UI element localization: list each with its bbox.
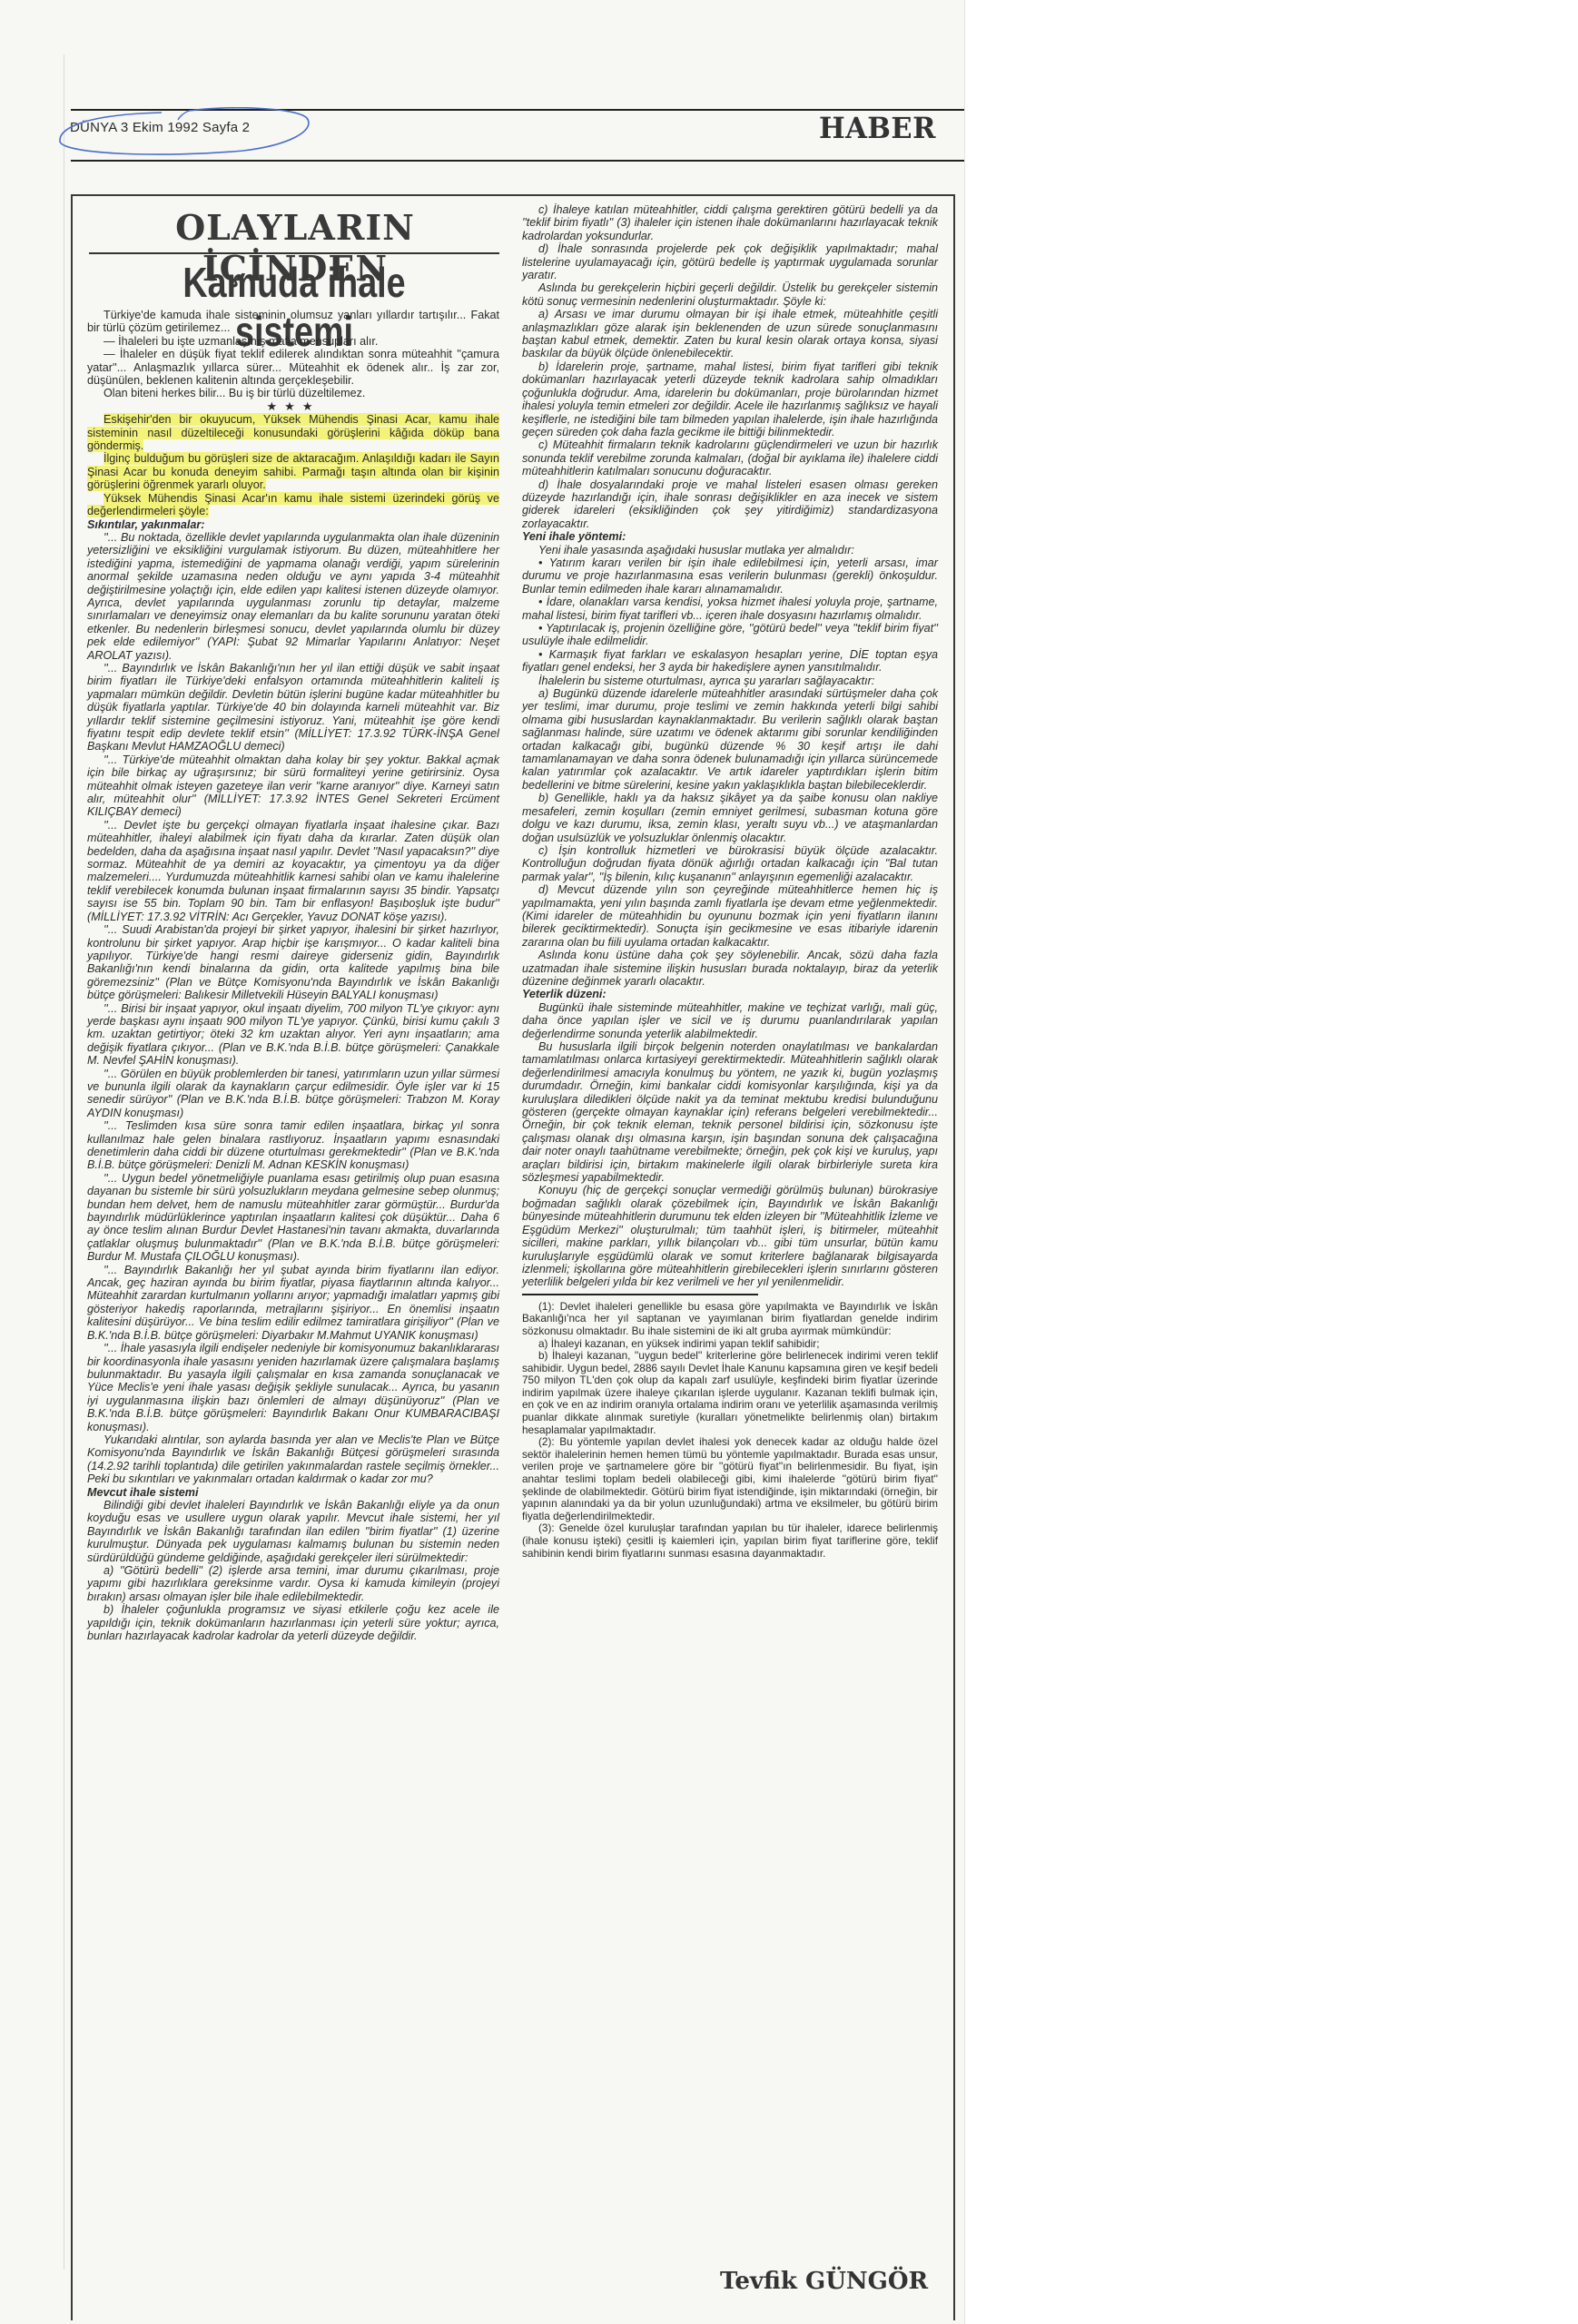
masthead-date: DÜNYA 3 Ekim 1992 Sayfa 2 xyxy=(70,120,250,135)
body-paragraph: c) İşin kontrolluk hizmetleri ve bürokra… xyxy=(522,844,938,883)
quote-paragraph: ''... Bayındırlık Bakanlığı her yıl şuba… xyxy=(87,1264,499,1342)
body-paragraph: Bilindiği gibi devlet ihaleleri Bayındır… xyxy=(87,1499,499,1564)
body-paragraph: b) İhaleler çoğunlukla programsız ve siy… xyxy=(87,1603,499,1642)
body-paragraph: c) İhaleye katılan müteahhitler, ciddi ç… xyxy=(522,203,938,242)
body-paragraph: Yeni ihale yasasında aşağıdaki hususlar … xyxy=(522,544,938,556)
footnotes: (1): Devlet ihaleleri genellikle bu esas… xyxy=(522,1301,938,1560)
author-signature: Tevfik GÜNGÖR xyxy=(720,2268,928,2295)
quote-paragraph: ''... Görülen en büyük problemlerden bir… xyxy=(87,1068,499,1120)
body-paragraph: d) İhale dosyalarındaki proje ve mahal l… xyxy=(522,478,938,531)
footnote: b) İhaleyi kazanan, ''uygun bedel'' krit… xyxy=(522,1350,938,1436)
quote-paragraph: ''... Suudi Arabistan'da projeyi bir şir… xyxy=(87,923,499,1001)
quote-paragraph: ''... Bu noktada, özellikle devlet yapıl… xyxy=(87,531,499,662)
body-paragraph: Aslında bu gerekçelerin hiçbiri geçerli … xyxy=(522,281,938,308)
column-left: Türkiye'de kamuda ihale sisteminin olums… xyxy=(87,309,499,1642)
body-paragraph: Aslında konu üstüne daha çok şey söylene… xyxy=(522,949,938,988)
body-paragraph: Konuyu (hiç de gerçekçi sonuçlar vermedi… xyxy=(522,1184,938,1288)
highlighted-paragraph: İlginç bulduğum bu görüşleri size de akt… xyxy=(87,452,499,491)
scan-fold-line xyxy=(64,54,64,2270)
intro-paragraph: — İhaleler en düşük fiyat teklif edilere… xyxy=(87,348,499,387)
footnote: a) İhaleyi kazanan, en yüksek indirimi y… xyxy=(522,1338,938,1351)
quote-paragraph: ''... İhale yasasıyla ilgili endişeler n… xyxy=(87,1342,499,1433)
masthead-bottom-rule xyxy=(71,160,964,162)
highlighted-text: İlginç bulduğum bu görüşleri size de akt… xyxy=(87,452,499,491)
body-paragraph: İhalelerin bu sisteme oturtulması, ayrıc… xyxy=(522,675,938,687)
kicker-rule xyxy=(89,252,499,254)
body-paragraph: Yukarıdaki alıntılar, son aylarda basınd… xyxy=(87,1433,499,1486)
subheading-sikintilar: Sıkıntılar, yakınmalar: xyxy=(87,518,499,531)
footnote: (3): Genelde özel kuruluşlar tarafından … xyxy=(522,1522,938,1560)
highlighted-text: Eskişehir'den bir okuyucum, Yüksek Mühen… xyxy=(87,413,499,452)
body-paragraph: b) Genellikle, haklı ya da haksız şikâye… xyxy=(522,792,938,844)
footnote-rule xyxy=(522,1294,758,1295)
star-separator: ★★★ xyxy=(87,400,499,413)
bullet-paragraph: • Yaptırılacak iş, projenin özelliğine g… xyxy=(522,622,938,648)
bullet-paragraph: • İdare, olanakları varsa kendisi, yoksa… xyxy=(522,596,938,622)
body-paragraph: a) Bugünkü düzende idarelerle müteahhitl… xyxy=(522,687,938,792)
highlighted-paragraph: Yüksek Mühendis Şinasi Acar'ın kamu ihal… xyxy=(87,492,499,518)
body-paragraph: Bugünkü ihale sisteminde müteahhitler, m… xyxy=(522,1001,938,1040)
footnote: (1): Devlet ihaleleri genellikle bu esas… xyxy=(522,1301,938,1338)
body-paragraph: a) Arsası ve imar durumu olmayan bir işi… xyxy=(522,308,938,360)
subheading-yeterlik: Yeterlik düzeni: xyxy=(522,988,938,1000)
bullet-paragraph: • Karmaşık fiyat farkları ve eskalasyon … xyxy=(522,648,938,675)
quote-paragraph: ''... Türkiye'de müteahhit olmaktan daha… xyxy=(87,753,499,819)
quote-paragraph: ''... Devlet işte bu gerçekçi olmayan fi… xyxy=(87,819,499,923)
subheading-mevcut-sistem: Mevcut ihale sistemi xyxy=(87,1486,499,1499)
quote-paragraph: ''... Birisi bir inşaat yapıyor, okul in… xyxy=(87,1002,499,1068)
page-edge xyxy=(964,0,965,2324)
body-paragraph: Bu hususlarla ilgili birçok belgenin not… xyxy=(522,1040,938,1184)
intro-paragraph: Türkiye'de kamuda ihale sisteminin olums… xyxy=(87,309,499,335)
highlighted-text: Yüksek Mühendis Şinasi Acar'ın kamu ihal… xyxy=(87,492,499,517)
quote-paragraph: ''... Bayındırlık ve İskân Bakanlığı'nın… xyxy=(87,662,499,753)
body-paragraph: b) İdarelerin proje, şartname, mahal lis… xyxy=(522,360,938,438)
bullet-paragraph: • Yatırım kararı verilen bir işin ihale … xyxy=(522,556,938,596)
subheading-yeni-yontem: Yeni ihale yöntemi: xyxy=(522,530,938,543)
quote-paragraph: ''... Teslimden kısa süre sonra tamir ed… xyxy=(87,1119,499,1172)
body-paragraph: c) Müteahhit firmaların teknik kadroları… xyxy=(522,438,938,478)
intro-paragraph: Olan biteni herkes bilir... Bu iş bir tü… xyxy=(87,387,499,399)
body-paragraph: d) İhale sonrasında projelerde pek çok d… xyxy=(522,242,938,281)
footnote: (2): Bu yöntemle yapılan devlet ihalesi … xyxy=(522,1436,938,1522)
intro-paragraph: — İhaleleri bu işte uzmanlaşmış mafia me… xyxy=(87,335,499,348)
quote-paragraph: ''... Uygun bedel yönetmeliğiyle puanlam… xyxy=(87,1172,499,1264)
body-paragraph: d) Mevcut düzende yılın son çeyreğinde m… xyxy=(522,883,938,949)
highlighted-paragraph: Eskişehir'den bir okuyucum, Yüksek Mühen… xyxy=(87,413,499,452)
section-tag: HABER xyxy=(819,111,936,145)
column-right: c) İhaleye katılan müteahhitler, ciddi ç… xyxy=(522,203,938,1560)
body-paragraph: a) ''Götürü bedelli'' (2) işlerde arsa t… xyxy=(87,1564,499,1603)
